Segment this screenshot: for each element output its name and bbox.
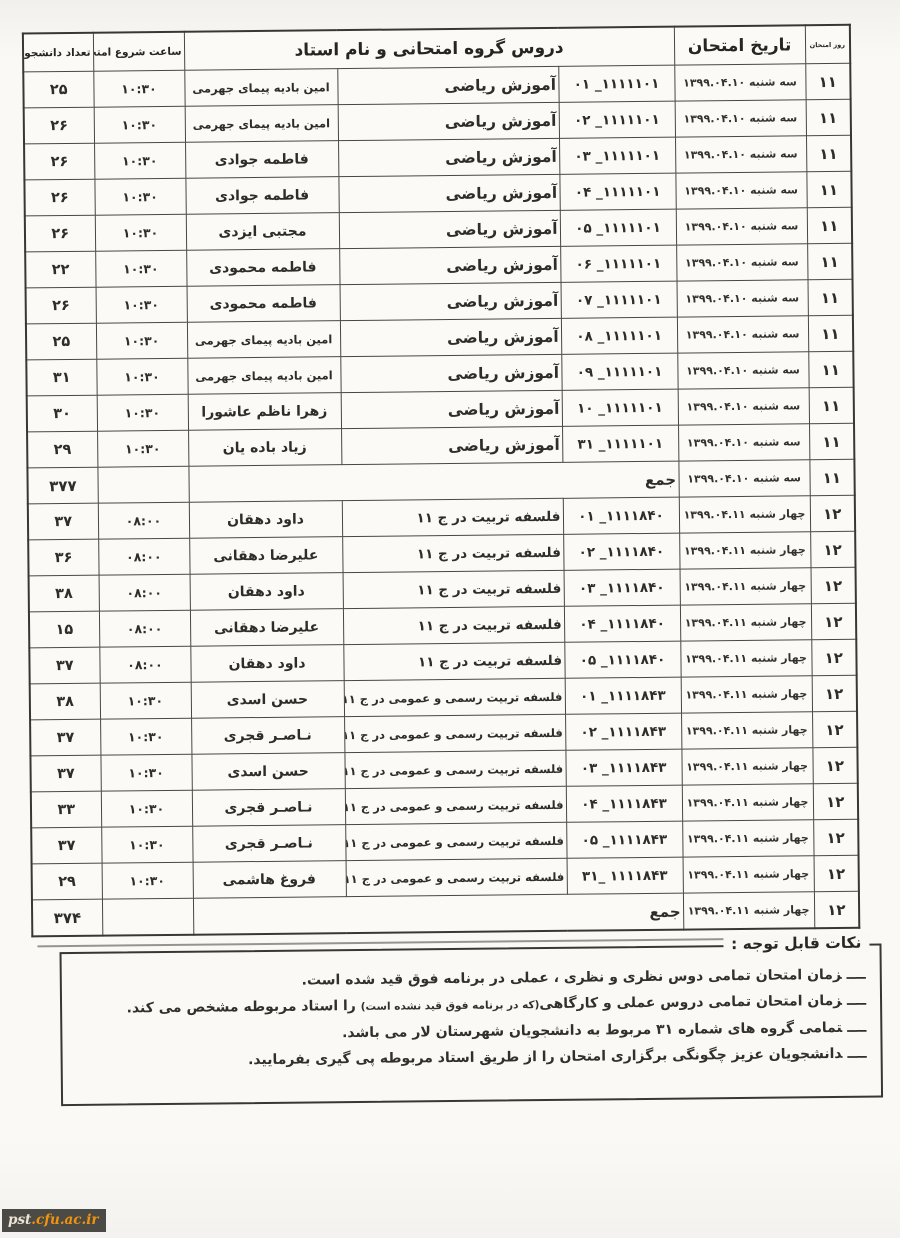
course-name-cell: آموزش ریاضی <box>338 138 559 176</box>
exam-date-cell: سه شنبه ۱۳۹۹.۰۴.۱۰ <box>677 280 808 317</box>
header-start-time: ساعت شروع امتحان <box>93 32 184 71</box>
note-text: زمان امتحان تمامی دوس نظری و نظری ، عملی… <box>301 967 841 989</box>
course-code-cell: ۱۱۱۱۸۴۳_ ۰۲ <box>565 713 681 750</box>
student-count-cell: ۲۶ <box>24 179 94 216</box>
professor-name-cell: داود دهقان <box>190 645 343 683</box>
professor-name-cell: فاطمه جوادی <box>185 141 338 179</box>
course-name-cell: آموزش ریاضی <box>341 390 562 428</box>
course-code-cell: ۱۱۱۱۸۴۳_ ۰۳ <box>565 749 681 786</box>
start-time-cell: ۱۰:۳۰ <box>96 322 187 359</box>
course-code-cell: ۱۱۱۱۸۴۰_ ۰۵ <box>564 641 680 678</box>
student-count-cell: ۲۹ <box>27 431 97 468</box>
student-count-cell: ۳۸ <box>30 683 100 720</box>
student-count-cell: ۳۷ <box>30 719 100 756</box>
watermark-prefix: pst <box>8 1212 31 1228</box>
start-time-cell: ۱۰:۳۰ <box>102 862 193 899</box>
course-code-cell: ۱۱۱۱۸۴۳_ ۰۵ <box>566 821 682 858</box>
exam-day-cell: ۱۲ <box>812 675 857 711</box>
exam-day-cell: ۱۱ <box>806 99 851 135</box>
exam-date-cell: چهار شنبه ۱۳۹۹.۰۴.۱۱ <box>680 604 811 641</box>
course-name-cell: فلسفه تربیت رسمی و عمومی در ج ۱۱ <box>346 858 567 896</box>
exam-date-cell: سه شنبه ۱۳۹۹.۰۴.۱۰ <box>674 64 805 101</box>
professor-name-cell: امین بادیه پیمای جهرمی <box>185 105 338 143</box>
exam-day-cell: ۱۱ <box>807 243 852 279</box>
course-name-cell: فلسفه تربیت در ج ۱۱ <box>342 534 563 572</box>
professor-name-cell: زیاد باده یان <box>188 429 341 467</box>
exam-date-cell: سه شنبه ۱۳۹۹.۰۴.۱۰ <box>678 460 809 497</box>
exam-day-cell: ۱۲ <box>810 495 855 531</box>
professor-name-cell: فروغ هاشمی <box>193 861 346 899</box>
course-code-cell: ۱۱۱۱۱۰۱_ ۱۰ <box>562 389 678 426</box>
exam-day-cell: ۱۱ <box>808 279 853 315</box>
exam-date-cell: چهار شنبه ۱۳۹۹.۰۴.۱۱ <box>683 856 814 893</box>
professor-name-cell: فاطمه محمودی <box>187 285 340 323</box>
start-time-cell <box>102 898 193 935</box>
exam-day-cell: ۱۱ <box>807 207 852 243</box>
exam-date-cell: چهار شنبه ۱۳۹۹.۰۴.۱۱ <box>681 748 812 785</box>
course-code-cell: ۱۱۱۱۸۴۳_ ۰۴ <box>566 785 682 822</box>
course-code-cell: ۱۱۱۱۸۴۰_ ۰۳ <box>564 569 680 606</box>
professor-name-cell: امین بادیه پیمای جهرمی <box>187 321 340 359</box>
professor-name-cell: حسن اسدی <box>191 681 344 719</box>
course-code-cell: ۱۱۱۱۸۴۰_ ۰۱ <box>563 497 679 534</box>
exam-day-cell: ۱۲ <box>810 531 855 567</box>
start-time-cell: ۰۸:۰۰ <box>99 574 190 611</box>
start-time-cell: ۱۰:۳۰ <box>100 754 191 791</box>
exam-day-cell: ۱۱ <box>805 63 850 99</box>
course-name-cell: آموزش ریاضی <box>338 102 559 140</box>
exam-date-cell: چهار شنبه ۱۳۹۹.۰۴.۱۱ <box>680 640 811 677</box>
exam-date-cell: سه شنبه ۱۳۹۹.۰۴.۱۰ <box>675 136 806 173</box>
student-count-cell: ۳۳ <box>31 791 101 828</box>
note-bullet-dash: ــــ <box>847 1020 866 1036</box>
exam-date-cell: چهار شنبه ۱۳۹۹.۰۴.۱۱ <box>679 532 810 569</box>
student-count-cell: ۲۶ <box>25 215 95 252</box>
start-time-cell: ۱۰:۳۰ <box>97 430 188 467</box>
exam-date-cell: سه شنبه ۱۳۹۹.۰۴.۱۰ <box>678 388 809 425</box>
student-count-cell: ۲۶ <box>26 287 96 324</box>
exam-date-cell: سه شنبه ۱۳۹۹.۰۴.۱۰ <box>675 172 806 209</box>
student-count-cell: ۳۷ <box>29 647 99 684</box>
start-time-cell: ۱۰:۳۰ <box>95 250 186 287</box>
start-time-cell: ۱۰:۳۰ <box>94 142 185 179</box>
exam-date-cell: چهار شنبه ۱۳۹۹.۰۴.۱۱ <box>681 712 812 749</box>
start-time-cell: ۱۰:۳۰ <box>94 178 185 215</box>
student-count-cell: ۳۱ <box>26 359 96 396</box>
total-row: ۱۲چهار شنبه ۱۳۹۹.۰۴.۱۱جمع۳۷۴ <box>32 891 859 936</box>
exam-day-cell: ۱۲ <box>813 783 858 819</box>
student-count-cell: ۲۵ <box>23 71 93 108</box>
student-count-cell: ۲۹ <box>32 863 102 900</box>
header-exam-day: روز امتحان <box>805 25 850 64</box>
start-time-cell: ۰۸:۰۰ <box>99 610 190 647</box>
watermark-suffix: .cfu.ac.ir <box>31 1212 98 1228</box>
course-name-cell: آموزش ریاضی <box>339 246 560 284</box>
total-label-cell: جمع <box>193 893 683 935</box>
exam-day-cell: ۱۲ <box>814 891 859 928</box>
exam-day-cell: ۱۲ <box>812 747 857 783</box>
note-bullet-dash: ــــ <box>847 993 866 1009</box>
exam-date-cell: چهار شنبه ۱۳۹۹.۰۴.۱۱ <box>682 784 813 821</box>
professor-name-cell: نـاصـر قجری <box>192 825 345 863</box>
professor-name-cell: داود دهقان <box>190 573 343 611</box>
exam-day-cell: ۱۱ <box>809 423 854 459</box>
start-time-cell: ۱۰:۳۰ <box>101 826 192 863</box>
start-time-cell: ۱۰:۳۰ <box>96 358 187 395</box>
student-count-cell: ۲۶ <box>24 143 94 180</box>
student-count-cell: ۳۷ <box>28 503 98 540</box>
start-time-cell: ۰۸:۰۰ <box>99 646 190 683</box>
course-code-cell: ۱۱۱۱۱۰۱_ ۰۶ <box>560 245 676 282</box>
course-name-cell: آموزش ریاضی <box>338 174 559 212</box>
course-name-cell: فلسفه تربیت در ج ۱۱ <box>343 606 564 644</box>
exam-day-cell: ۱۱ <box>808 315 853 351</box>
note-bullet-dash: ــــ <box>847 967 866 983</box>
start-time-cell: ۰۸:۰۰ <box>98 538 189 575</box>
start-time-cell: ۱۰:۳۰ <box>94 106 185 143</box>
professor-name-cell: فاطمه جوادی <box>185 177 338 215</box>
professor-name-cell: مجتبی ایزدی <box>186 213 339 251</box>
professor-name-cell: داود دهقان <box>189 501 342 539</box>
course-name-cell: فلسفه تربیت در ج ۱۱ <box>343 570 564 608</box>
start-time-cell <box>97 466 188 503</box>
schedule-table-body: ۱۱سه شنبه ۱۳۹۹.۰۴.۱۰۱۱۱۱۱۰۱_ ۰۱آموزش ریا… <box>23 63 859 936</box>
start-time-cell: ۱۰:۳۰ <box>101 790 192 827</box>
exam-date-cell: سه شنبه ۱۳۹۹.۰۴.۱۰ <box>677 316 808 353</box>
student-count-cell: ۳۶ <box>28 539 98 576</box>
exam-date-cell: چهار شنبه ۱۳۹۹.۰۴.۱۱ <box>681 676 812 713</box>
student-count-cell: ۲۵ <box>26 323 96 360</box>
course-code-cell: ۱۱۱۱۸۴۳_ ۰۱ <box>565 677 681 714</box>
course-name-cell: آموزش ریاضی <box>337 66 558 104</box>
start-time-cell: ۱۰:۳۰ <box>95 214 186 251</box>
exam-day-cell: ۱۱ <box>809 459 854 495</box>
notes-box: نکات قابل توجه : ــــزمان امتحان تمامی د… <box>60 944 884 1107</box>
exam-date-cell: چهار شنبه ۱۳۹۹.۰۴.۱۱ <box>683 892 814 930</box>
total-label-cell: جمع <box>188 461 678 502</box>
header-course-group: دروس گروه امتحانی و نام استاد <box>184 27 674 71</box>
exam-day-cell: ۱۲ <box>812 711 857 747</box>
course-code-cell: ۱۱۱۱۸۴۳ _۳۱ <box>567 857 683 894</box>
start-time-cell: ۱۰:۳۰ <box>96 286 187 323</box>
student-count-cell: ۳۰ <box>27 395 97 432</box>
note-text: زمان امتحان تمامی دروس عملی و کارگاهی <box>539 993 842 1012</box>
student-count-cell: ۳۷ <box>31 827 101 864</box>
exam-day-cell: ۱۱ <box>808 351 853 387</box>
professor-name-cell: علیرضا دهقانی <box>190 609 343 647</box>
professor-name-cell: امین بادیه پیمای جهرمی <box>184 69 337 107</box>
course-code-cell: ۱۱۱۱۱۰۱_ ۰۸ <box>561 317 677 354</box>
course-code-cell: ۱۱۱۱۱۰۱_ ۳۱ <box>562 425 678 462</box>
site-watermark: pst.cfu.ac.ir <box>2 1209 106 1232</box>
course-name-cell: فلسفه تربیت در ج ۱۱ <box>343 642 564 680</box>
exam-day-cell: ۱۱ <box>806 171 851 207</box>
note-text: دانشجویان عزیز چگونگی برگزاری امتحان را … <box>248 1046 843 1068</box>
start-time-cell: ۱۰:۳۰ <box>93 70 184 107</box>
exam-date-cell: چهار شنبه ۱۳۹۹.۰۴.۱۱ <box>682 820 813 857</box>
professor-name-cell: فاطمه محمودی <box>186 249 339 287</box>
note-text: را استاد مربوطه مشخص می کند. <box>127 998 361 1016</box>
exam-date-cell: سه شنبه ۱۳۹۹.۰۴.۱۰ <box>678 424 809 461</box>
header-exam-date: تاریخ امتحان <box>674 25 805 65</box>
course-code-cell: ۱۱۱۱۱۰۱_ ۰۴ <box>559 173 675 210</box>
exam-date-cell: سه شنبه ۱۳۹۹.۰۴.۱۰ <box>677 352 808 389</box>
exam-date-cell: سه شنبه ۱۳۹۹.۰۴.۱۰ <box>676 244 807 281</box>
exam-date-cell: چهار شنبه ۱۳۹۹.۰۴.۱۱ <box>679 496 810 533</box>
exam-date-cell: سه شنبه ۱۳۹۹.۰۴.۱۰ <box>676 208 807 245</box>
exam-schedule-table: روز امتحان تاریخ امتحان دروس گروه امتحان… <box>22 24 860 938</box>
course-code-cell: ۱۱۱۱۸۴۰_ ۰۴ <box>564 605 680 642</box>
course-name-cell: آموزش ریاضی <box>340 318 561 356</box>
start-time-cell: ۱۰:۳۰ <box>100 682 191 719</box>
course-name-cell: فلسفه تربیت رسمی و عمومی در ج ۱۱ <box>345 786 566 824</box>
course-name-cell: فلسفه تربیت رسمی و عمومی در ج ۱۱ <box>345 822 566 860</box>
exam-day-cell: ۱۲ <box>814 855 859 891</box>
course-code-cell: ۱۱۱۱۱۰۱_ ۰۵ <box>560 209 676 246</box>
student-count-cell: ۳۷ <box>30 755 100 792</box>
exam-day-cell: ۱۲ <box>811 639 856 675</box>
student-count-cell: ۳۷۴ <box>32 899 102 936</box>
exam-day-cell: ۱۲ <box>811 603 856 639</box>
header-student-count: تعداد دانشجو <box>23 33 93 72</box>
student-count-cell: ۲۶ <box>24 107 94 144</box>
professor-name-cell: حسن اسدی <box>191 753 344 791</box>
course-code-cell: ۱۱۱۱۱۰۱_ ۰۹ <box>561 353 677 390</box>
course-name-cell: فلسفه تربیت رسمی و عمومی در ج ۱۱ <box>344 750 565 788</box>
student-count-cell: ۳۷۷ <box>27 467 97 504</box>
exam-date-cell: چهار شنبه ۱۳۹۹.۰۴.۱۱ <box>680 568 811 605</box>
exam-day-cell: ۱۱ <box>809 387 854 423</box>
start-time-cell: ۰۸:۰۰ <box>98 502 189 539</box>
course-name-cell: آموزش ریاضی <box>339 210 560 248</box>
start-time-cell: ۱۰:۳۰ <box>100 718 191 755</box>
note-text-small: (که در برنامه فوق قید نشده است) <box>361 999 540 1013</box>
professor-name-cell: نـاصـر قجری <box>191 717 344 755</box>
course-code-cell: ۱۱۱۱۸۴۰_ ۰۲ <box>563 533 679 570</box>
course-name-cell: آموزش ریاضی <box>340 354 561 392</box>
course-code-cell: ۱۱۱۱۱۰۱_ ۰۷ <box>561 281 677 318</box>
notes-title: نکات قابل توجه : <box>723 934 870 954</box>
professor-name-cell: زهرا ناظم عاشورا <box>188 393 341 431</box>
exam-day-cell: ۱۲ <box>811 567 856 603</box>
start-time-cell: ۱۰:۳۰ <box>97 394 188 431</box>
exam-day-cell: ۱۱ <box>806 135 851 171</box>
course-code-cell: ۱۱۱۱۱۰۱_ ۰۳ <box>559 137 675 174</box>
exam-day-cell: ۱۲ <box>813 819 858 855</box>
course-code-cell: ۱۱۱۱۱۰۱_ ۰۲ <box>559 101 675 138</box>
professor-name-cell: علیرضا دهقانی <box>189 537 342 575</box>
exam-date-cell: سه شنبه ۱۳۹۹.۰۴.۱۰ <box>675 100 806 137</box>
note-text: تمامی گروه های شماره ۳۱ مربوط به دانشجوی… <box>342 1020 842 1041</box>
course-name-cell: فلسفه تربیت در ج ۱۱ <box>342 498 563 536</box>
note-bullet-dash: ــــ <box>847 1046 866 1062</box>
professor-name-cell: نـاصـر قجری <box>192 789 345 827</box>
notes-list: ــــزمان امتحان تمامی دوس نظری و نظری ، … <box>62 962 881 1076</box>
course-name-cell: آموزش ریاضی <box>340 282 561 320</box>
professor-name-cell: امین بادیه پیمای جهرمی <box>187 357 340 395</box>
course-name-cell: فلسفه تربیت رسمی و عمومی در ج ۱۱ <box>344 714 565 752</box>
student-count-cell: ۱۵ <box>29 611 99 648</box>
course-name-cell: آموزش ریاضی <box>341 426 562 464</box>
course-name-cell: فلسفه تربیت رسمی و عمومی در ج ۱۱ <box>344 678 565 716</box>
student-count-cell: ۳۸ <box>29 575 99 612</box>
scan-tilt-wrapper: روز امتحان تاریخ امتحان دروس گروه امتحان… <box>0 0 900 1238</box>
course-code-cell: ۱۱۱۱۱۰۱_ ۰۱ <box>558 65 674 102</box>
student-count-cell: ۲۲ <box>25 251 95 288</box>
